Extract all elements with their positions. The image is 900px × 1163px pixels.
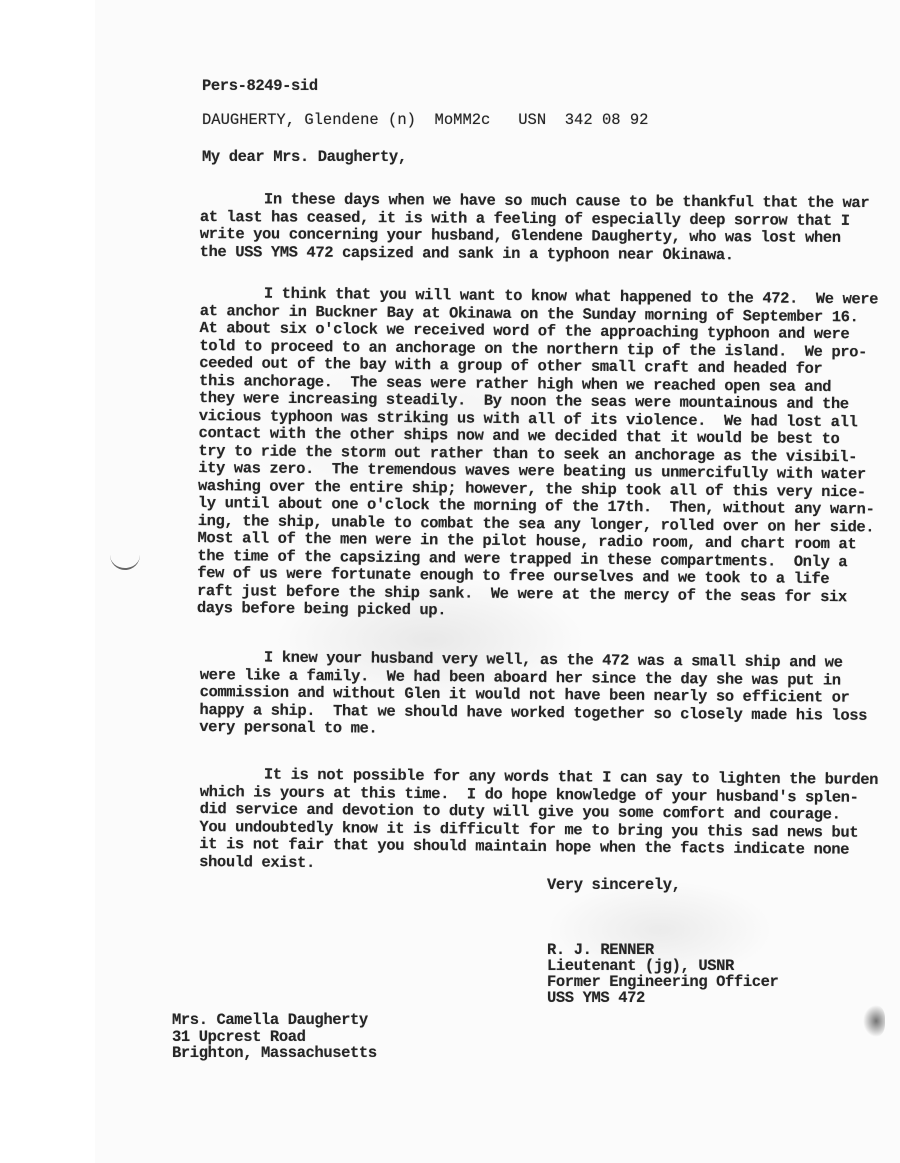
signer-name: R. J. RENNER [547, 942, 778, 958]
complimentary-close: Very sincerely, [547, 878, 681, 894]
recipient-street: 31 Upcrest Road [172, 1029, 377, 1046]
recipient-city: Brighton, Massachusetts [172, 1045, 377, 1062]
paragraph-personal: I knew your husband very well, as the 47… [199, 649, 880, 742]
file-reference: Pers-8249-sid [202, 79, 318, 95]
subject-line: DAUGHERTY, Glendene (n) MoMM2c USN 342 0… [202, 113, 648, 129]
recipient-name: Mrs. Camella Daugherty [172, 1012, 377, 1029]
paragraph-closing-remarks: It is not possible for any words that I … [199, 766, 880, 877]
signer-title: Former Engineering Officer [547, 974, 778, 990]
signer-rank: Lieutenant (jg), USNR [547, 958, 778, 974]
recipient-address: Mrs. Camella Daugherty 31 Upcrest Road B… [172, 1012, 377, 1062]
letter-page: Pers-8249-sid DAUGHERTY, Glendene (n) Mo… [0, 0, 900, 1163]
paragraph-account: I think that you will want to know what … [197, 285, 880, 624]
paragraph-condolence: In these days when we have so much cause… [200, 191, 880, 265]
typed-letter: Pers-8249-sid DAUGHERTY, Glendene (n) Mo… [0, 0, 900, 1163]
salutation: My dear Mrs. Daugherty, [202, 150, 407, 166]
signer-ship: USS YMS 472 [547, 990, 778, 1006]
signature-block: R. J. RENNER Lieutenant (jg), USNR Forme… [547, 942, 778, 1006]
